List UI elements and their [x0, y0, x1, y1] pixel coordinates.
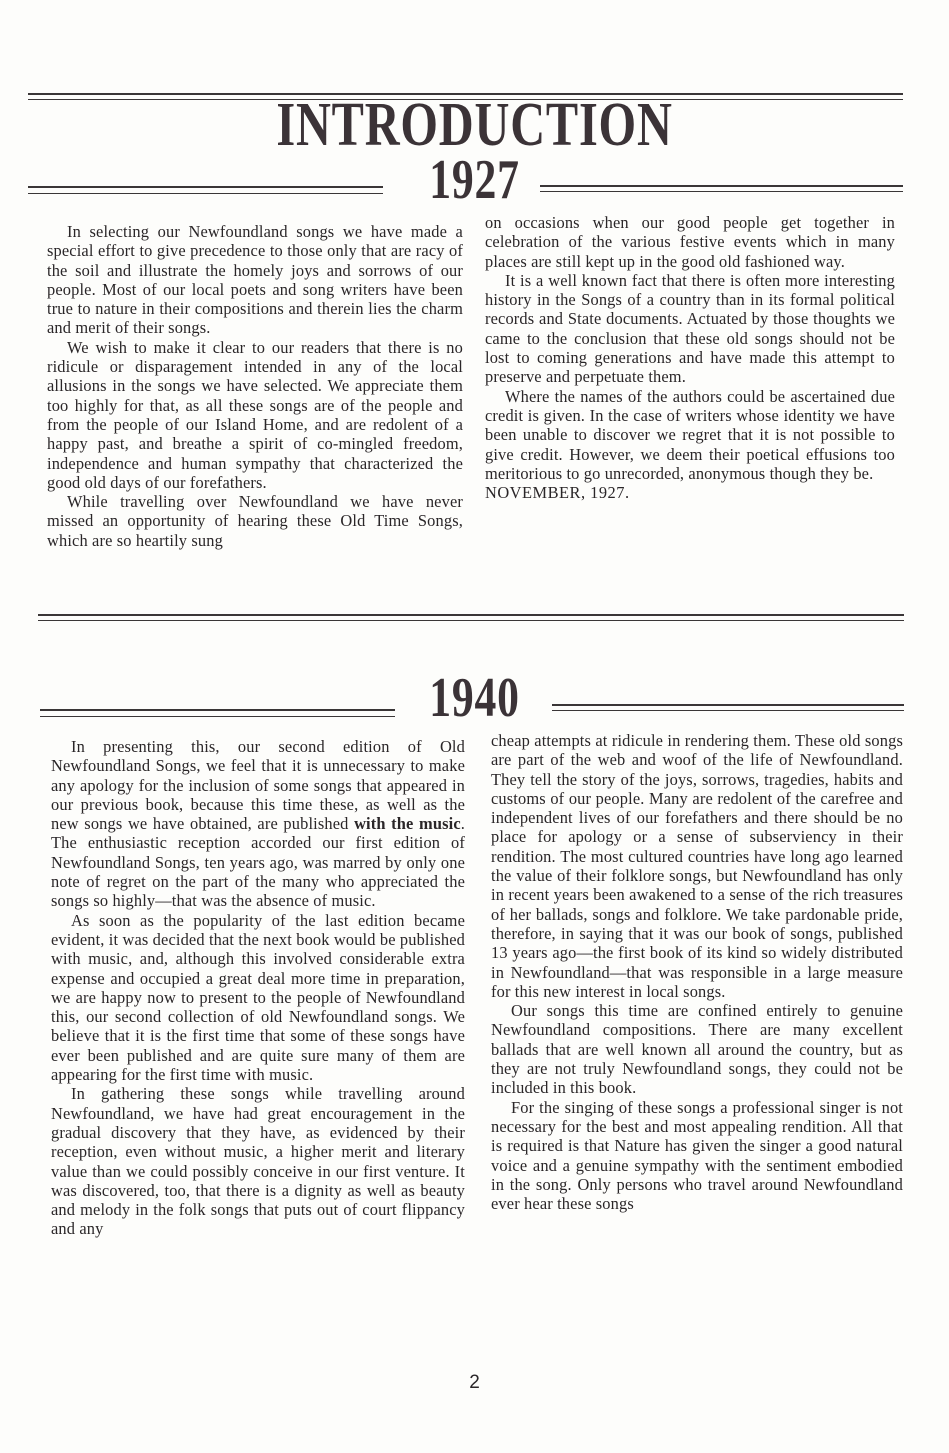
section-year-1927: 1927	[104, 150, 844, 210]
paragraph: It is a well known fact that there is of…	[485, 271, 895, 387]
year-1927-rule-right-lower	[540, 191, 903, 192]
section-divider-upper	[38, 614, 904, 616]
paragraph: In presenting this, our second edition o…	[51, 737, 465, 911]
edition-1940-right-column: cheap attempts at ridicule in rendering …	[491, 731, 903, 1213]
intro-1927-left-column: In selecting our Newfoundland songs we h…	[47, 222, 463, 550]
intro-1927-right-column: on occasions when our good people get to…	[485, 213, 895, 502]
year-1940-rule-right-lower	[552, 710, 904, 711]
page-number: 2	[0, 1372, 949, 1394]
paragraph: on occasions when our good people get to…	[485, 213, 895, 271]
year-1940-rule-right-upper	[552, 704, 904, 706]
emphasis-with-the-music: with the music	[354, 814, 461, 833]
paragraph: In selecting our Newfoundland songs we h…	[47, 222, 463, 338]
year-1927-rule-left-upper	[28, 186, 383, 188]
paragraph: As soon as the popularity of the last ed…	[51, 911, 465, 1085]
year-1927-rule-left-lower	[28, 193, 383, 194]
section-divider-lower	[38, 620, 904, 621]
edition-1940-left-column: In presenting this, our second edition o…	[51, 737, 465, 1239]
year-1940-rule-left-lower	[40, 716, 395, 717]
paragraph: For the singing of these songs a profess…	[491, 1098, 903, 1214]
paragraph: cheap attempts at ridicule in rendering …	[491, 731, 903, 1001]
paragraph: Where the names of the authors could be …	[485, 387, 895, 483]
year-1940-rule-left-upper	[40, 709, 395, 711]
paragraph: In gathering these songs while travellin…	[51, 1084, 465, 1238]
section-year-1940: 1940	[104, 668, 844, 728]
paragraph: Our songs this time are confined entirel…	[491, 1001, 903, 1097]
paragraph: We wish to make it clear to our readers …	[47, 338, 463, 492]
year-1927-rule-right-upper	[540, 185, 903, 187]
paragraph: While travelling over Newfoundland we ha…	[47, 492, 463, 550]
date-signoff: NOVEMBER, 1927.	[485, 483, 895, 502]
